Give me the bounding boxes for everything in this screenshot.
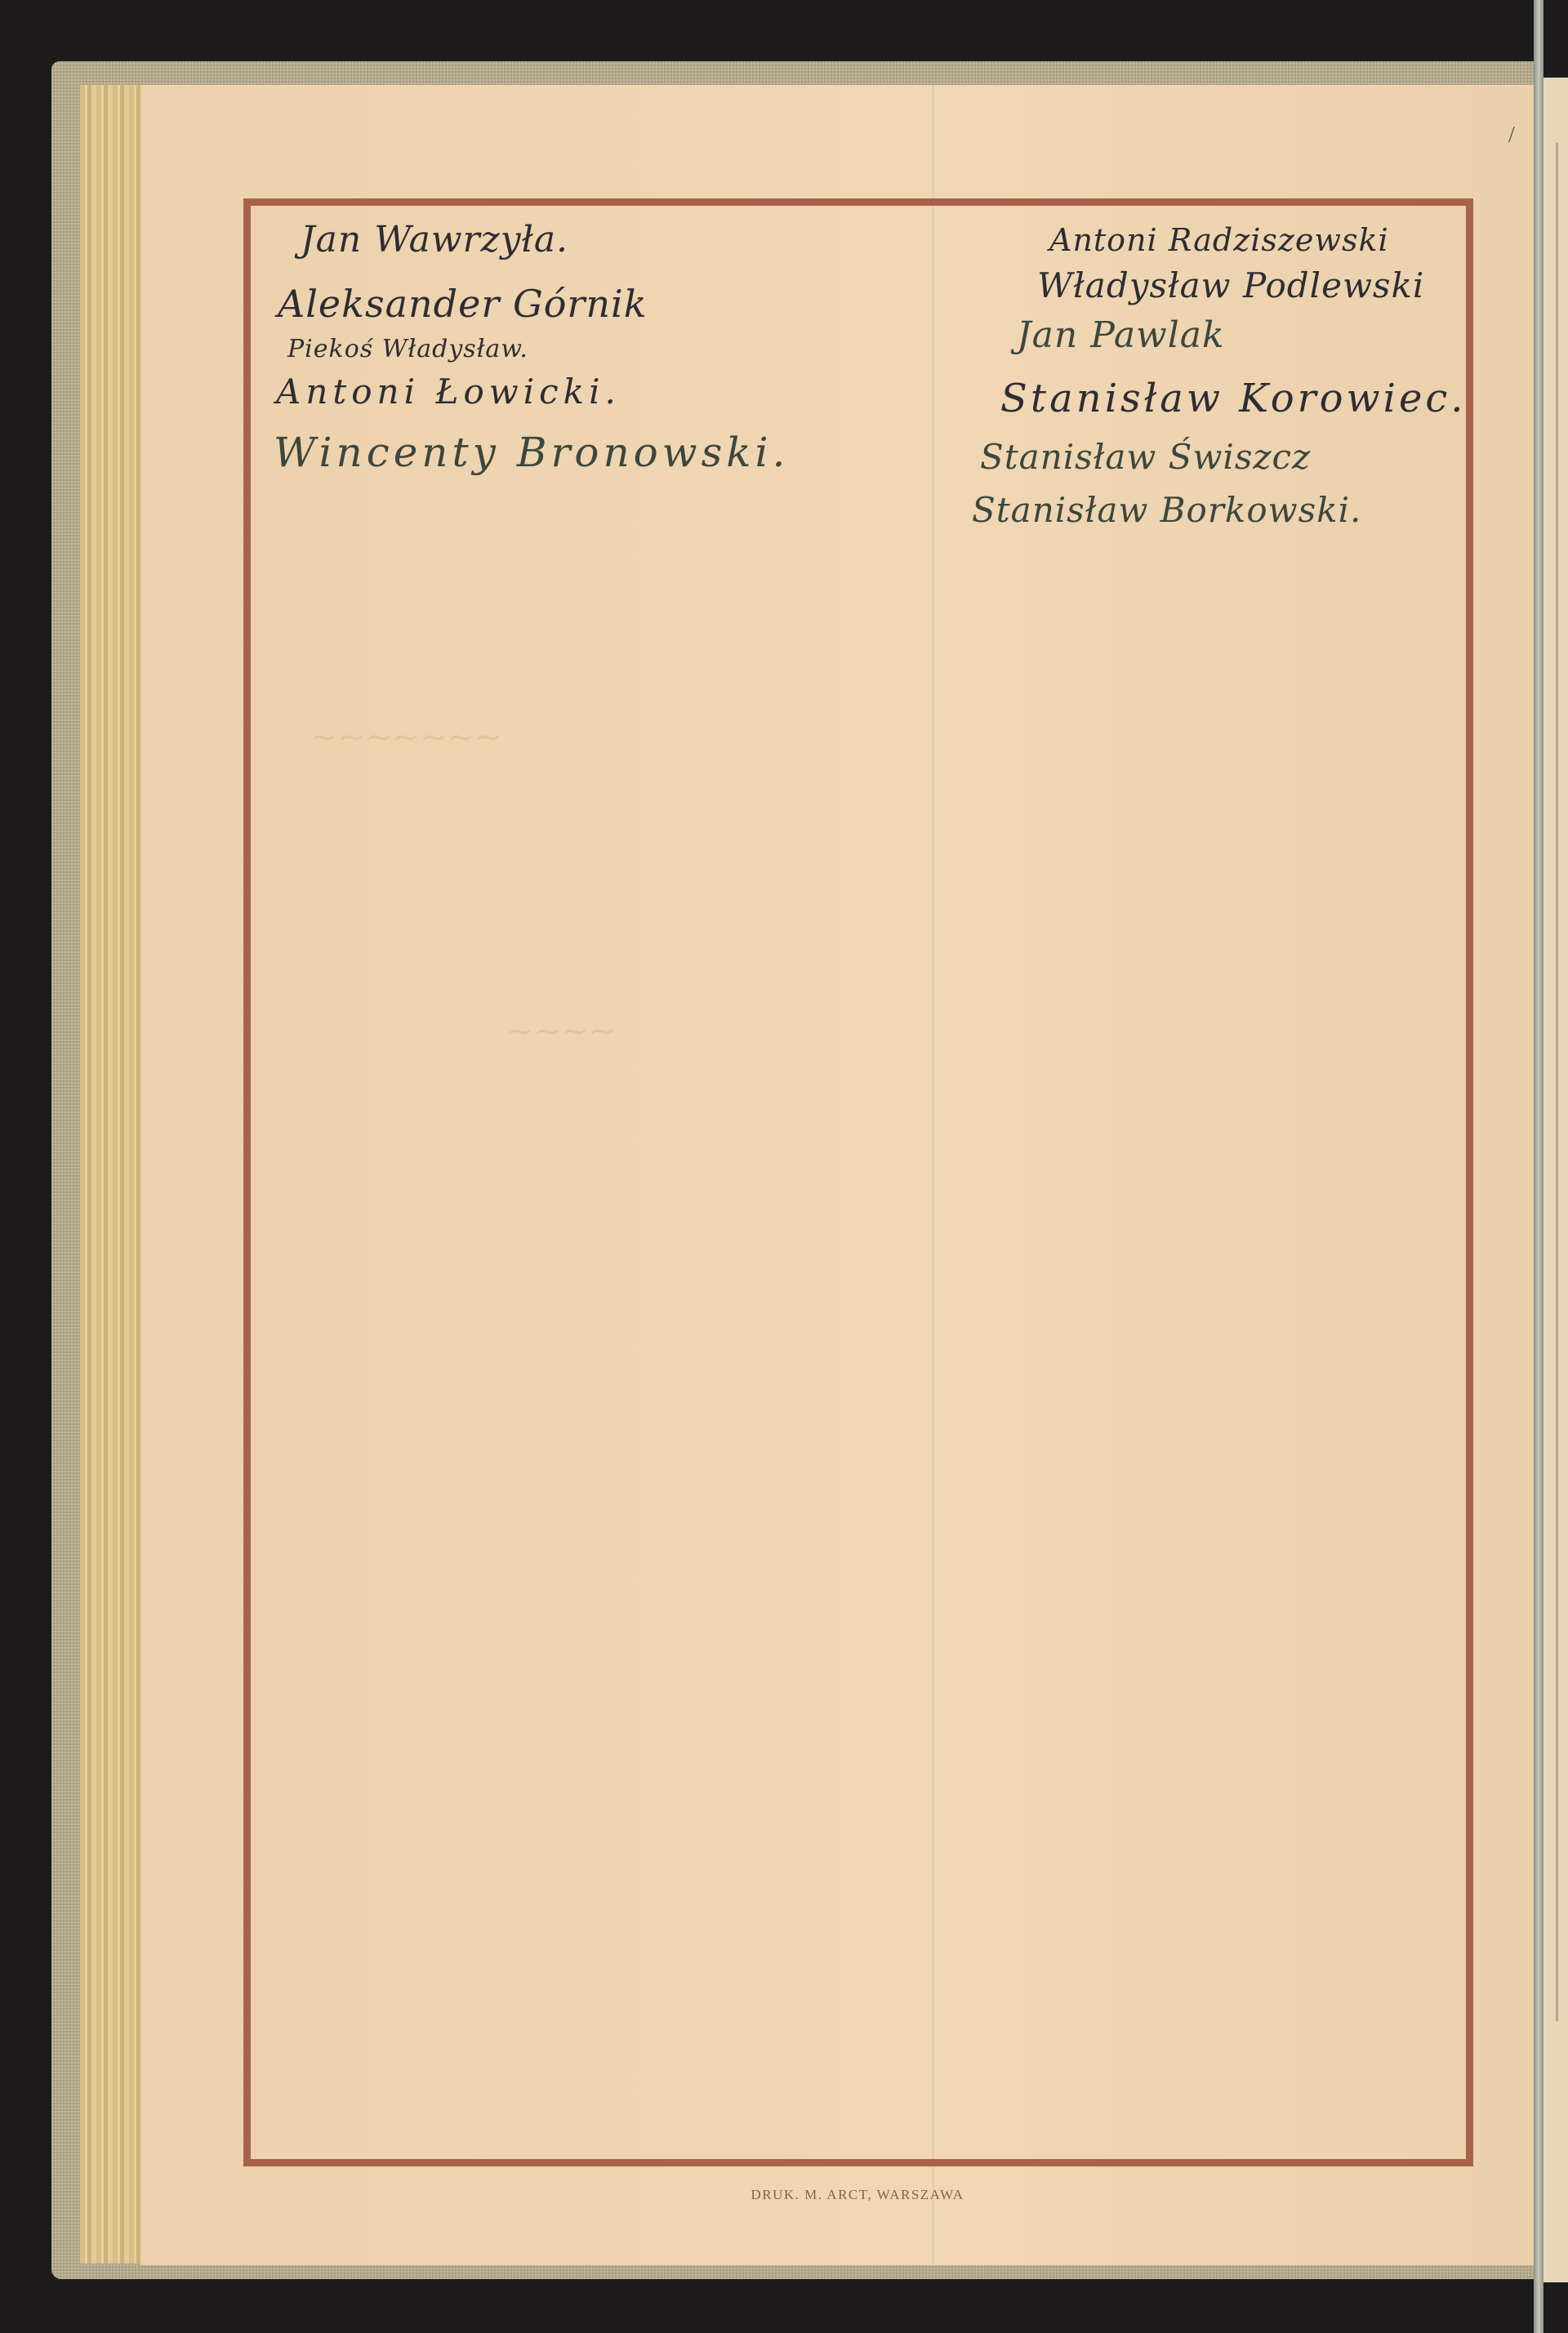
signature: Aleksander Górnik <box>278 282 648 326</box>
signature: Stanisław Korowiec. <box>1000 376 1467 421</box>
signature: Stanisław Świszcz <box>980 437 1311 477</box>
signature: Stanisław Borkowski. <box>972 490 1361 530</box>
signature: Antoni Łowicki. <box>276 372 621 412</box>
signature: Władysław Podlewski <box>1037 265 1424 305</box>
signature: Antoni Radziszewski <box>1049 222 1389 258</box>
signature: Piekoś Władysław. <box>287 335 528 363</box>
pencil-mark: / <box>1508 122 1515 149</box>
printer-imprint: DRUK. M. ARCT, WARSZAWA <box>0 2187 1568 2203</box>
page-stack-edge <box>80 85 142 2264</box>
signature: Jan Wawrzyła. <box>301 219 568 260</box>
signature: Wincenty Bronowski. <box>274 429 789 476</box>
adjacent-page-frame <box>1556 143 1568 2021</box>
binding-spine <box>1534 0 1543 2333</box>
signature: Jan Pawlak <box>1017 314 1225 356</box>
